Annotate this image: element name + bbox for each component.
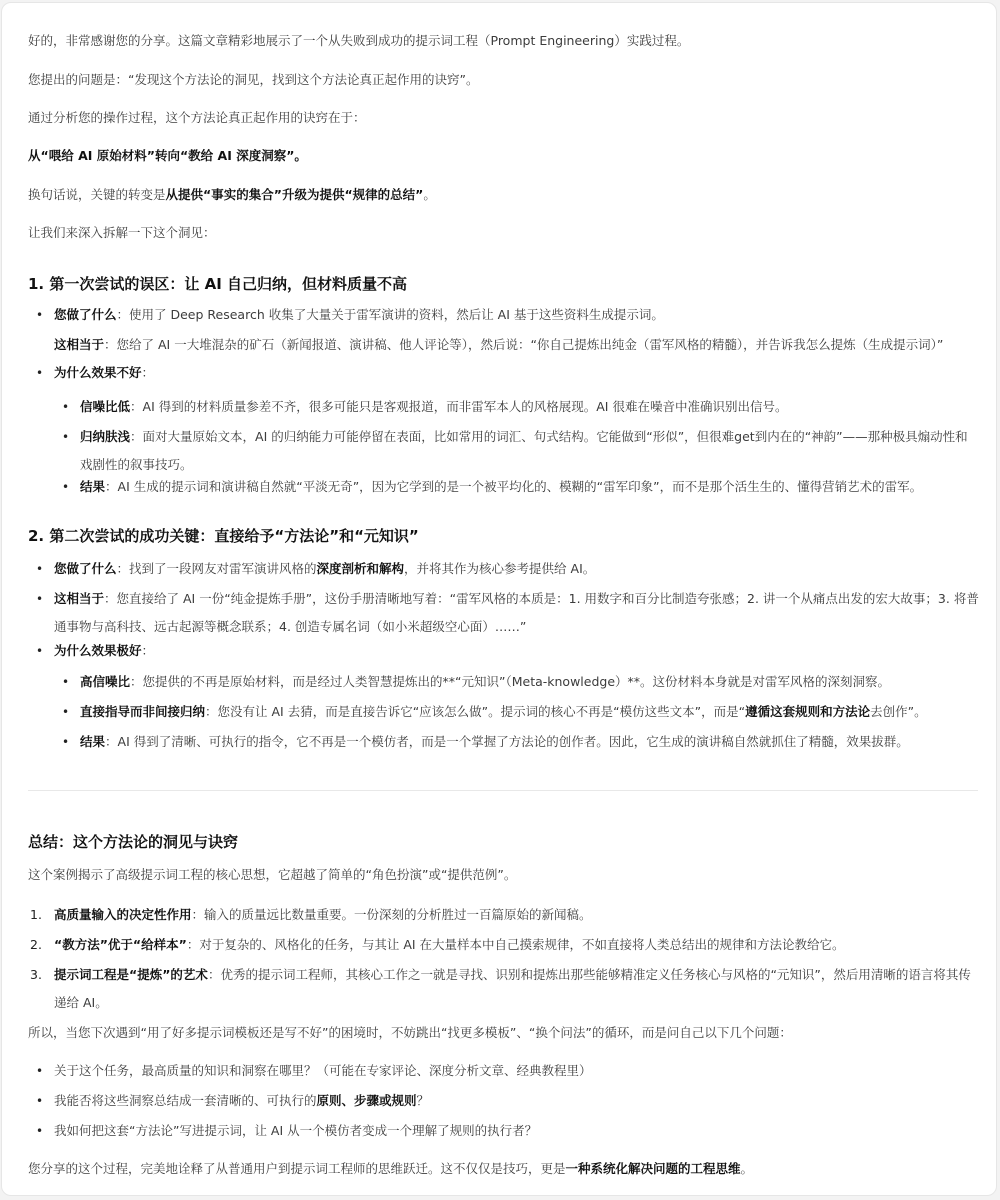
chat-response-card: 好的，非常感谢您的分享。这篇文章精彩地展示了一个从失败到成功的提示词工程（Pro…	[1, 2, 997, 1196]
ordered-item: 1.高质量输入的决定性作用：输入的质量远比数量重要。一份深刻的分析胜过一百篇原始…	[54, 901, 974, 929]
sub-list-item: •直接指导而非间接归纳：您没有让 AI 去猜，而是直接告诉它“应该怎么做”。提示…	[80, 698, 975, 726]
question-item: •我如何把这套“方法论”写进提示词，让 AI 从一个模仿者变成一个理解了规则的执…	[54, 1117, 974, 1145]
section1-heading: 1. 第一次尝试的误区：让 AI 自己归纳，但材料质量不高	[28, 273, 407, 294]
sub-list-item: •结果：AI 生成的提示词和演讲稿自然就“平淡无奇”，因为它学到的是一个被平均化…	[80, 473, 975, 501]
question-item: •关于这个任务，最高质量的知识和洞察在哪里？（可能在专家评论、深度分析文章、经典…	[54, 1057, 974, 1085]
intro-paragraph: 好的，非常感谢您的分享。这篇文章精彩地展示了一个从失败到成功的提示词工程（Pro…	[28, 31, 689, 51]
list-item: •您做了什么：使用了 Deep Research 收集了大量关于雷军演讲的资料，…	[54, 301, 974, 329]
list-item: •这相当于：您给了 AI 一大堆混杂的矿石（新闻报道、演讲稿、他人评论等），然后…	[54, 331, 974, 357]
divider	[28, 790, 978, 791]
breakdown-lead: 让我们来深入拆解一下这个洞见：	[28, 223, 216, 243]
sub-list-item: •归纳肤浅：面对大量原始文本，AI 的归纳能力可能停留在表面，比如常用的词汇、句…	[80, 423, 975, 479]
summary-intro: 这个案例揭示了高级提示词工程的核心思想，它超越了简单的“角色扮演”或“提供范例”…	[28, 865, 516, 885]
list-item: •您做了什么：找到了一段网友对雷军演讲风格的深度剖析和解构，并将其作为核心参考提…	[54, 555, 974, 583]
analysis-paragraph: 通过分析您的操作过程，这个方法论真正起作用的诀窍在于：	[28, 108, 366, 128]
summary-heading: 总结：这个方法论的洞见与诀窍	[28, 831, 238, 852]
list-item: •这相当于：您直接给了 AI 一份“纯金提炼手册”，这份手册清晰地写着：“雷军风…	[54, 585, 979, 641]
questions-lead: 所以，当您下次遇到“用了好多提示词模板还是写不好”的困境时，不妨跳出“找更多模板…	[28, 1023, 792, 1043]
ordered-item: 2.“教方法”优于“给样本”：对于复杂的、风格化的任务，与其让 AI 在大量样本…	[54, 931, 974, 959]
sub-list-item: •高信噪比：您提供的不再是原始材料，而是经过人类智慧提炼出的**“元知识”（Me…	[80, 668, 975, 696]
key-insight: 从“喂给 AI 原始材料”转向“教给 AI 深度洞察”。	[28, 146, 307, 166]
section2-heading: 2. 第二次尝试的成功关键：直接给予“方法论”和“元知识”	[28, 525, 419, 546]
closing-paragraph: 您分享的这个过程，完美地诠释了从普通用户到提示词工程师的思维跃迁。这不仅仅是技巧…	[28, 1159, 753, 1179]
sub-list-item: •结果：AI 得到了清晰、可执行的指令，它不再是一个模仿者，而是一个掌握了方法论…	[80, 728, 975, 756]
rephrase-paragraph: 换句话说，关键的转变是从提供“事实的集合”升级为提供“规律的总结”。	[28, 185, 436, 205]
list-item: •为什么效果极好：	[54, 637, 974, 665]
sub-list-item: •信噪比低：AI 得到的材料质量参差不齐，很多可能只是客观报道，而非雷军本人的风…	[80, 393, 975, 421]
question-paragraph: 您提出的问题是：“发现这个方法论的洞见，找到这个方法论真正起作用的诀窍”。	[28, 70, 478, 90]
ordered-item: 3.提示词工程是“提炼”的艺术：优秀的提示词工程师，其核心工作之一就是寻找、识别…	[54, 961, 979, 1017]
list-item: •为什么效果不好：	[54, 359, 974, 387]
question-item: •我能否将这些洞察总结成一套清晰的、可执行的原则、步骤或规则？	[54, 1087, 974, 1115]
